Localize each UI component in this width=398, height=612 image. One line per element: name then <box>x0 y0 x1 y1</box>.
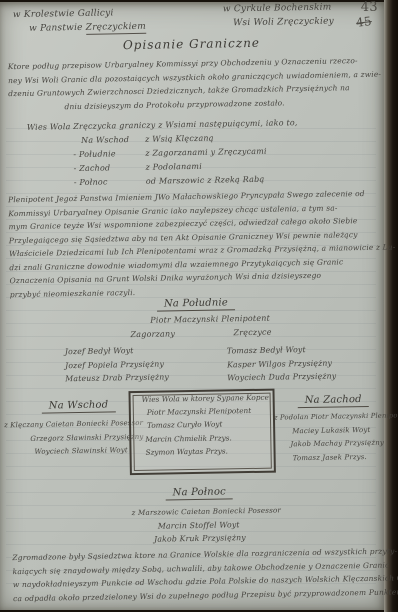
section-heading-west: Na Zachod <box>298 394 369 408</box>
signature-name: Jakob Kruk Przysiężny <box>154 530 282 546</box>
box-line: Szymon Waytas Przys. <box>145 443 273 458</box>
section-heading-north: Na Połnoc <box>165 486 233 500</box>
north-names: z Marszowic Caietan Boniecki Posessor Ma… <box>131 503 281 546</box>
border-item-direction: Na Wschod <box>81 135 129 145</box>
document-title: Opisanie Graniczne <box>123 36 260 52</box>
signature-name: Mateusz Drab Przysiężny <box>65 370 169 385</box>
signature-name: z Podolan Piotr Maczynski Plenipot. <box>274 409 398 425</box>
paragraph-3: Zgromadzone były Sąsiedztwa ktore na Gra… <box>12 544 398 605</box>
page-number: 43 <box>361 0 378 15</box>
paragraph-1: Ktore podług przepisow Urbaryalney Kommi… <box>8 54 382 115</box>
manuscript-content: w Krolestwie Gallicyi w Cyrkule Bochensk… <box>0 0 390 612</box>
south-left-names: Jozef Bedył Woyt Jozef Popiela Przysiężn… <box>65 343 169 385</box>
border-item-direction: - Połnoc <box>74 177 108 187</box>
header-dominion-prefix: w Panstwie <box>29 23 83 34</box>
header-dominion: w Panstwie Zręczyckiem <box>29 22 146 34</box>
signature-name: Woyciech Sławinski Woyt <box>34 444 143 459</box>
paragraph-2: Plenipotent Jegoż Panstwa Imieniem JWo M… <box>8 186 396 301</box>
border-item-with: z Zagorzanami y Zręczycami <box>145 147 267 158</box>
south-right-column-header: Zręczyce <box>233 328 271 338</box>
border-item-with: od Marszowic z Rzeką Rabą <box>146 175 265 186</box>
village-mounds-box: Wies Wola w ktorey Sypane Kopce Piotr Ma… <box>128 389 275 476</box>
section-heading-east: Na Wschod <box>42 399 116 413</box>
signature-name: Woyciech Duda Przysiężny <box>227 370 336 385</box>
south-right-names: Tomasz Bedył Woyt Kasper Wilgos Przysięż… <box>227 343 337 385</box>
signature-name: z Marszowic Caietan Boniecki Posessor <box>131 503 281 519</box>
document-scan-page: w Krolestwie Gallicyi w Cyrkule Bochensk… <box>0 0 398 612</box>
border-item-direction: - Południe <box>73 149 116 159</box>
header-dominion-name: Zręczyckiem <box>86 22 146 35</box>
border-item-with: z Wsią Klęczaną <box>145 134 214 144</box>
header-kingdom: w Krolestwie Gallicyi <box>13 8 114 20</box>
borders-intro: Wies Wola Zręczycka graniczy z Wsiami na… <box>27 118 298 132</box>
header-village: Wsi Woli Zręczyckiey <box>233 16 334 28</box>
signature-name: Tomasz Jasek Przys. <box>293 450 398 465</box>
south-plenipotent: Piotr Maczynski Plenipotent <box>150 314 270 325</box>
border-item-direction: - Zachod <box>74 163 111 173</box>
south-left-column-header: Zagorzany <box>130 329 175 339</box>
section-heading-south: Na Południe <box>157 297 235 311</box>
border-item-with: z Podolanami <box>145 162 202 172</box>
west-names: z Podolan Piotr Maczynski Plenipot. Maci… <box>274 409 398 465</box>
signature-name: Jakob Machay Przysiężny <box>290 436 398 451</box>
page-number-crossed-out: 45 <box>355 14 372 30</box>
header-circle: w Cyrkule Bochenskim <box>223 3 332 15</box>
east-names: z Klęczany Caietan Boniecki Posessor Grz… <box>4 417 144 460</box>
